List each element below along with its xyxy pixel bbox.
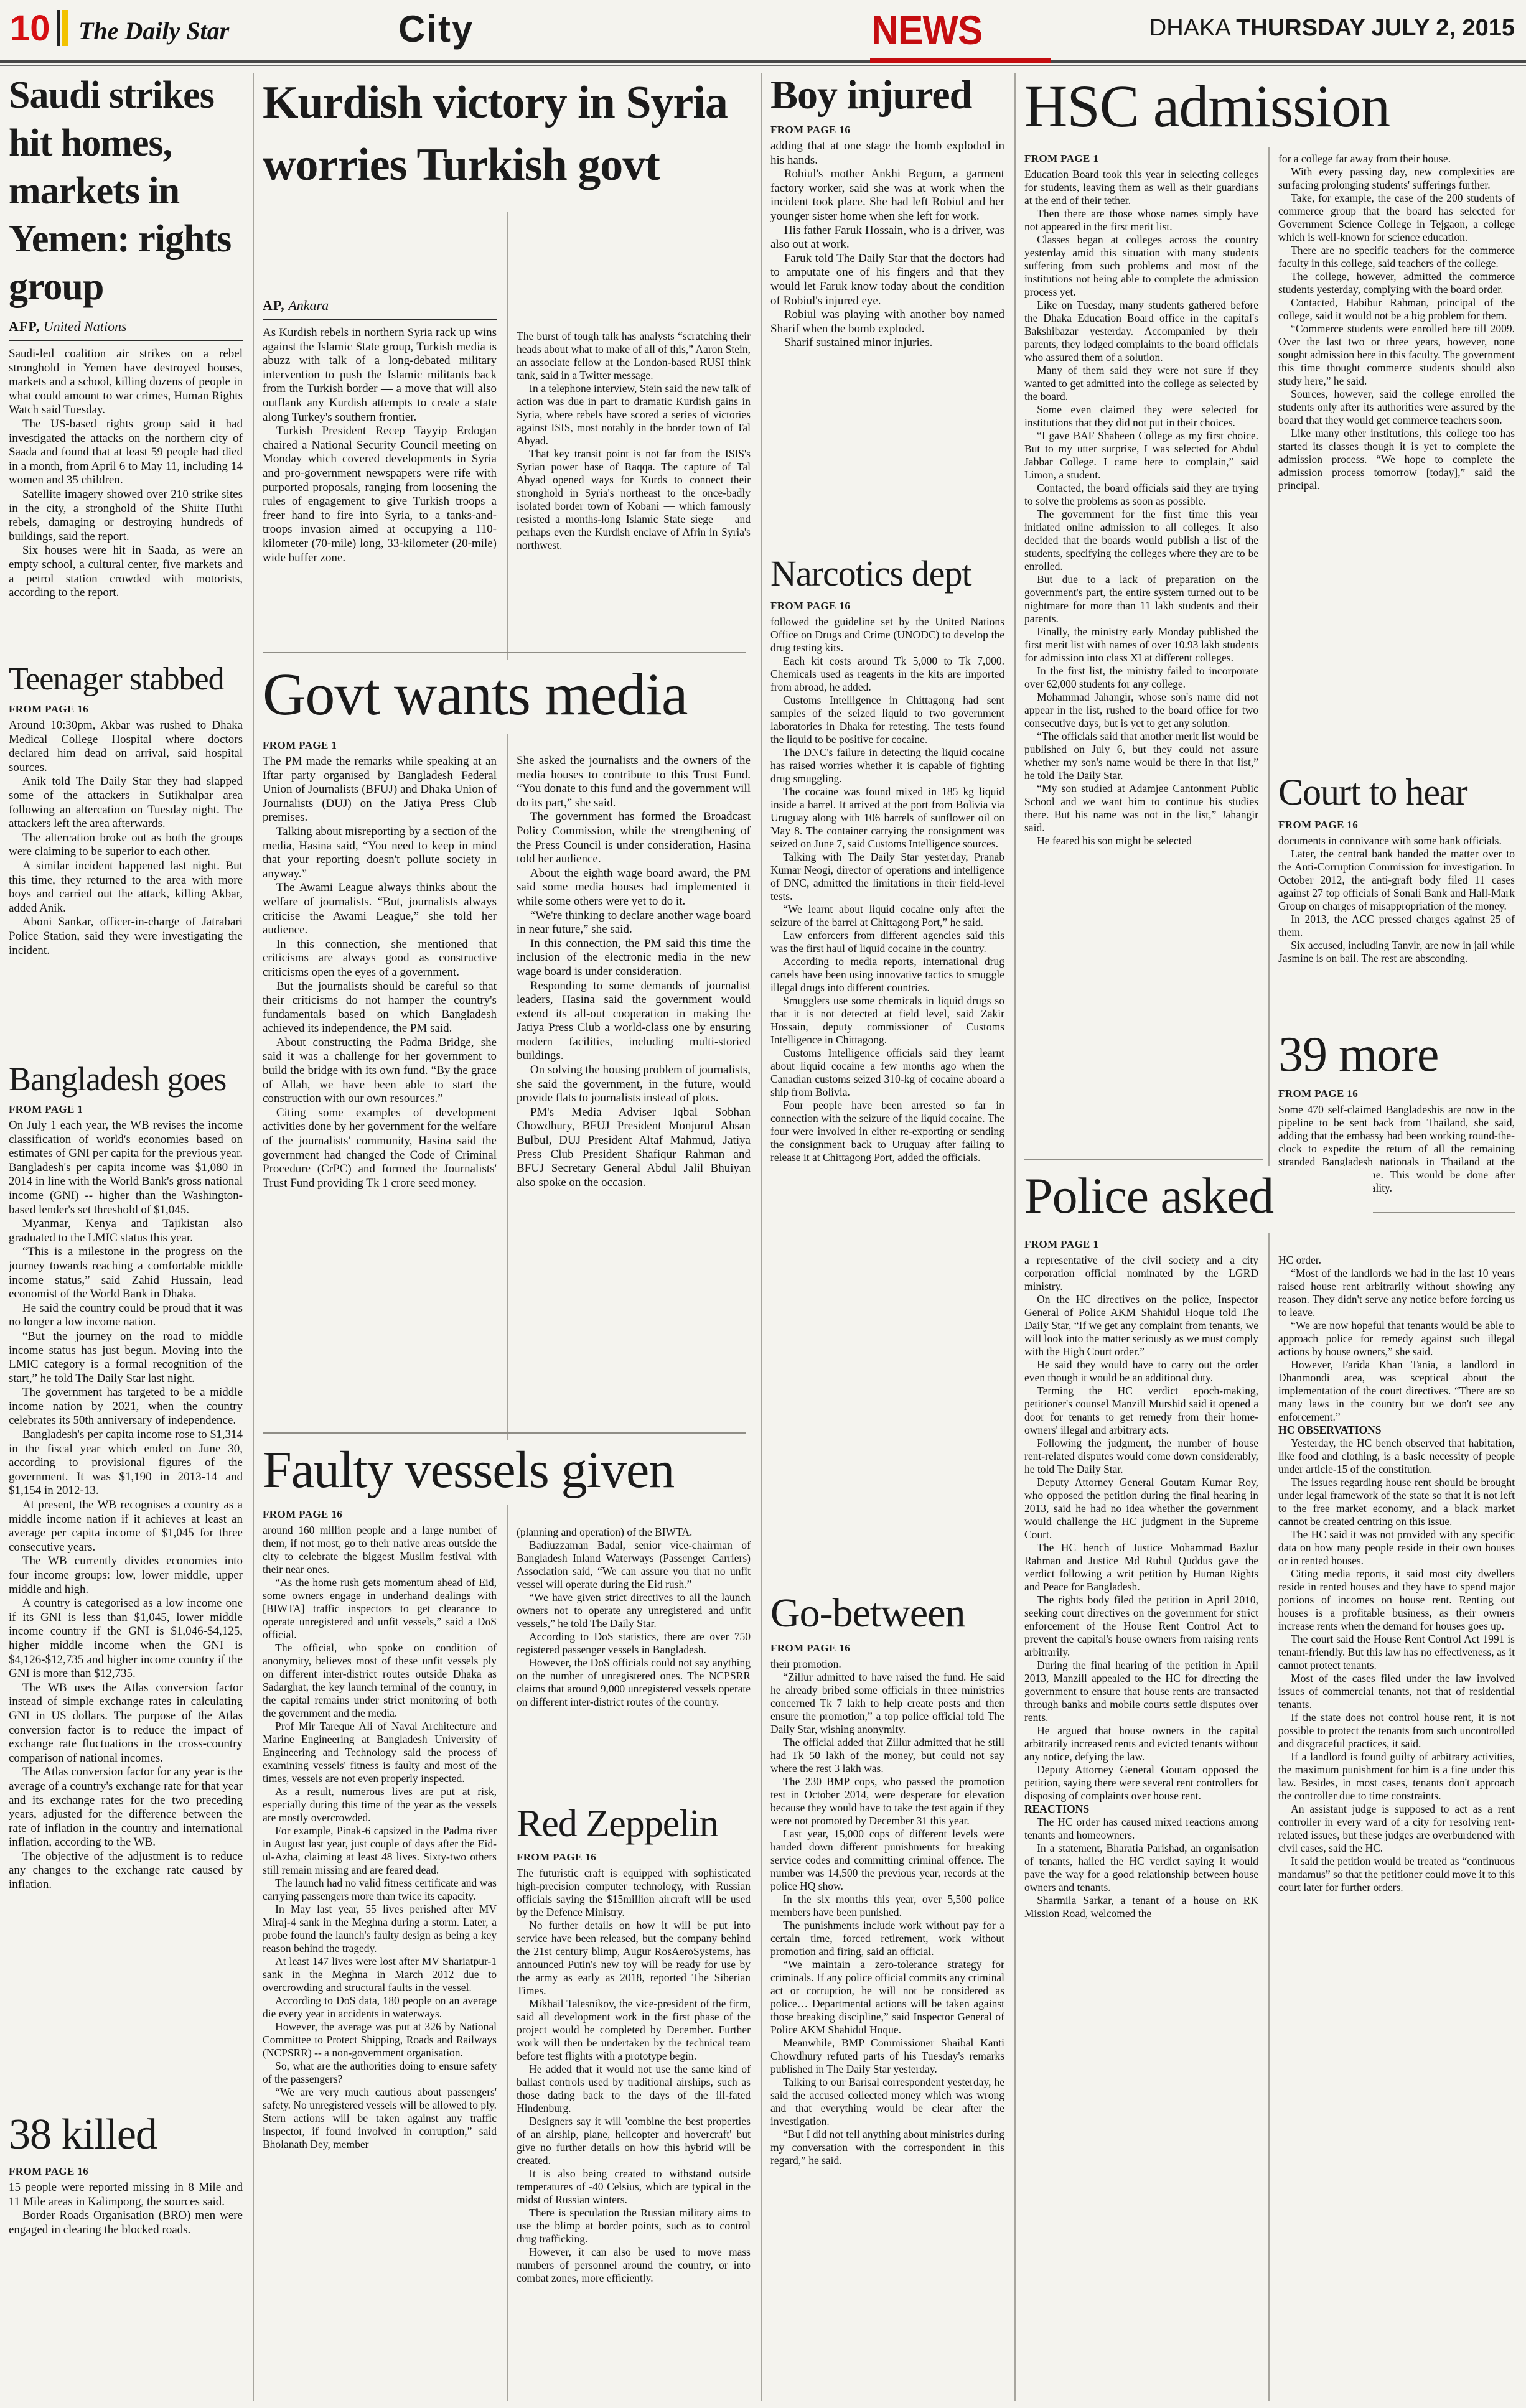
byline: AFP, United Nations: [9, 319, 243, 335]
article-faulty-vessels-col1: FROM PAGE 16 around 160 million people a…: [263, 1508, 497, 2404]
column-rule: [507, 73, 508, 2401]
article-body: followed the guideline set by the United…: [770, 615, 1004, 1164]
byline-agency: AFP,: [9, 319, 40, 334]
headline: Go-between: [770, 1590, 1004, 1637]
byline-agency: AP,: [263, 297, 285, 313]
article-body-col2: The burst of tough talk has analysts “sc…: [517, 330, 751, 552]
column-rule: [1014, 73, 1016, 2401]
section-divider: [1024, 1159, 1263, 1160]
header-rule: [0, 60, 1526, 66]
section-title-city: City: [398, 7, 474, 50]
article-narcotics-dept: Narcotics dept FROM PAGE 16 followed the…: [770, 553, 1004, 1584]
news-underline: [870, 58, 1051, 63]
article-hsc-admission-col2: for a college far away from their house.…: [1278, 152, 1515, 765]
article-bangladesh-goes: Bangladesh goes FROM PAGE 1 On July 1 ea…: [9, 1060, 243, 2106]
headline: Kurdish victory in Syria worries Turkish…: [263, 72, 746, 196]
article-body: The futuristic craft is equipped with so…: [517, 1867, 751, 2285]
article-go-between: Go-between FROM PAGE 16 their promotion.…: [770, 1590, 1004, 2404]
divider-yellow: [62, 10, 68, 46]
article-body: Around 10:30pm, Akbar was rushed to Dhak…: [9, 719, 243, 958]
headline: Boy injured: [770, 72, 1004, 119]
article-body-col1: Education Board took this year in select…: [1024, 168, 1258, 847]
headline: Bangladesh goes: [9, 1060, 243, 1098]
byline-rule: [9, 340, 243, 341]
column-rule: [761, 73, 762, 2401]
article-38-killed: 38 killed FROM PAGE 16 15 people were re…: [9, 2109, 243, 2402]
article-body: documents in connivance with some bank o…: [1278, 834, 1515, 965]
article-kurdish-col1: AP, Ankara As Kurdish rebels in northern…: [263, 297, 497, 647]
article-faulty-vessels-headline: Faulty vessels given: [263, 1440, 746, 1505]
article-faulty-vessels-col2: (planning and operation) of the BIWTA.Ba…: [517, 1526, 751, 1793]
from-page-label: FROM PAGE 16: [770, 600, 1004, 612]
column-rule: [253, 73, 254, 2401]
headline: Teenager stabbed: [9, 661, 243, 698]
from-page-label: FROM PAGE 16: [9, 703, 243, 716]
section-divider: [263, 652, 746, 653]
article-kurdish-headline: Kurdish victory in Syria worries Turkish…: [263, 72, 746, 212]
article-red-zeppelin: Red Zeppelin FROM PAGE 16 The futuristic…: [517, 1801, 751, 2405]
from-page-label: FROM PAGE 1: [1024, 152, 1258, 165]
page-number: 10: [10, 7, 50, 49]
from-page-label: FROM PAGE 16: [517, 1851, 751, 1864]
from-page-label: FROM PAGE 16: [1278, 1088, 1515, 1100]
byline: AP, Ankara: [263, 297, 497, 314]
headline: Red Zeppelin: [517, 1801, 751, 1846]
headline: Govt wants media: [263, 660, 746, 729]
from-page-label: FROM PAGE 16: [263, 1508, 497, 1521]
page-header: 10 The Daily Star City NEWS DHAKA THURSD…: [0, 0, 1526, 60]
headline: Narcotics dept: [770, 553, 1004, 595]
divider-black: [57, 10, 60, 46]
article-hsc-admission-col1: FROM PAGE 1 Education Board took this ye…: [1024, 152, 1258, 1151]
byline-place: Ankara: [288, 297, 329, 313]
article-court-to-hear: Court to hear FROM PAGE 16 documents in …: [1278, 770, 1515, 1022]
article-body: their promotion.“Zillur admitted to have…: [770, 1658, 1004, 2167]
article-police-asked-col1: FROM PAGE 1 a representative of the civi…: [1024, 1238, 1258, 2403]
headline: Saudi strikes hit homes, markets in Yeme…: [9, 72, 243, 311]
article-body-col2: She asked the journalists and the owners…: [517, 754, 751, 1190]
article-govt-media-col2: She asked the journalists and the owners…: [517, 754, 751, 1431]
dateline: DHAKA THURSDAY JULY 2, 2015: [1149, 15, 1515, 42]
from-page-label: FROM PAGE 16: [9, 2165, 243, 2178]
article-govt-media-headline: Govt wants media: [263, 660, 746, 734]
from-page-label: FROM PAGE 16: [770, 1642, 1004, 1654]
headline: 38 killed: [9, 2109, 243, 2160]
article-body-col2: (planning and operation) of the BIWTA.Ba…: [517, 1526, 751, 1709]
article-body: adding that at one stage the bomb explod…: [770, 139, 1004, 350]
article-body-col2: for a college far away from their house.…: [1278, 152, 1515, 492]
column-rule: [1268, 73, 1270, 2401]
from-page-label: FROM PAGE 1: [9, 1103, 243, 1116]
headline: HSC admission: [1024, 72, 1515, 141]
article-saudi-strikes: Saudi strikes hit homes, markets in Yeme…: [9, 72, 243, 660]
article-body-col1: a representative of the civil society an…: [1024, 1254, 1258, 1920]
masthead: The Daily Star: [78, 16, 229, 45]
byline-rule: [263, 319, 497, 320]
dateline-city: DHAKA: [1149, 15, 1230, 41]
article-teenager-stabbed: Teenager stabbed FROM PAGE 16 Around 10:…: [9, 661, 243, 1058]
article-boy-injured: Boy injured FROM PAGE 16 adding that at …: [770, 72, 1004, 549]
article-body-col1: around 160 million people and a large nu…: [263, 1524, 497, 2151]
newspaper-page: 10 The Daily Star City NEWS DHAKA THURSD…: [0, 0, 1526, 2408]
article-body-col1: The PM made the remarks while speaking a…: [263, 755, 497, 1190]
article-body-col2: HC order.“Most of the landlords we had i…: [1278, 1254, 1515, 1894]
headline: 39 more: [1278, 1027, 1515, 1083]
from-page-label: FROM PAGE 1: [263, 739, 497, 752]
article-kurdish-col2: The burst of tough talk has analysts “sc…: [517, 330, 751, 647]
article-body: On July 1 each year, the WB revises the …: [9, 1119, 243, 1892]
headline: Court to hear: [1278, 770, 1515, 814]
article-body-col1: As Kurdish rebels in northern Syria rack…: [263, 326, 497, 565]
section-divider: [263, 1432, 746, 1434]
headline: Police asked: [1024, 1166, 1373, 1226]
article-govt-media-col1: FROM PAGE 1 The PM made the remarks whil…: [263, 739, 497, 1431]
section-title-news: NEWS: [871, 6, 982, 54]
from-page-label: FROM PAGE 16: [770, 124, 1004, 136]
article-police-asked-headline: Police asked: [1024, 1166, 1373, 1233]
article-body: 15 people were reported missing in 8 Mil…: [9, 2181, 243, 2237]
article-hsc-admission-headline: HSC admission: [1024, 72, 1515, 147]
from-page-label: FROM PAGE 16: [1278, 819, 1515, 831]
byline-place: United Nations: [44, 319, 127, 334]
article-police-asked-col2: HC order.“Most of the landlords we had i…: [1278, 1254, 1515, 2404]
article-body: Saudi-led coalition air strikes on a reb…: [9, 347, 243, 600]
dateline-date: THURSDAY JULY 2, 2015: [1236, 15, 1515, 41]
from-page-label: FROM PAGE 1: [1024, 1238, 1258, 1251]
headline: Faulty vessels given: [263, 1440, 746, 1501]
